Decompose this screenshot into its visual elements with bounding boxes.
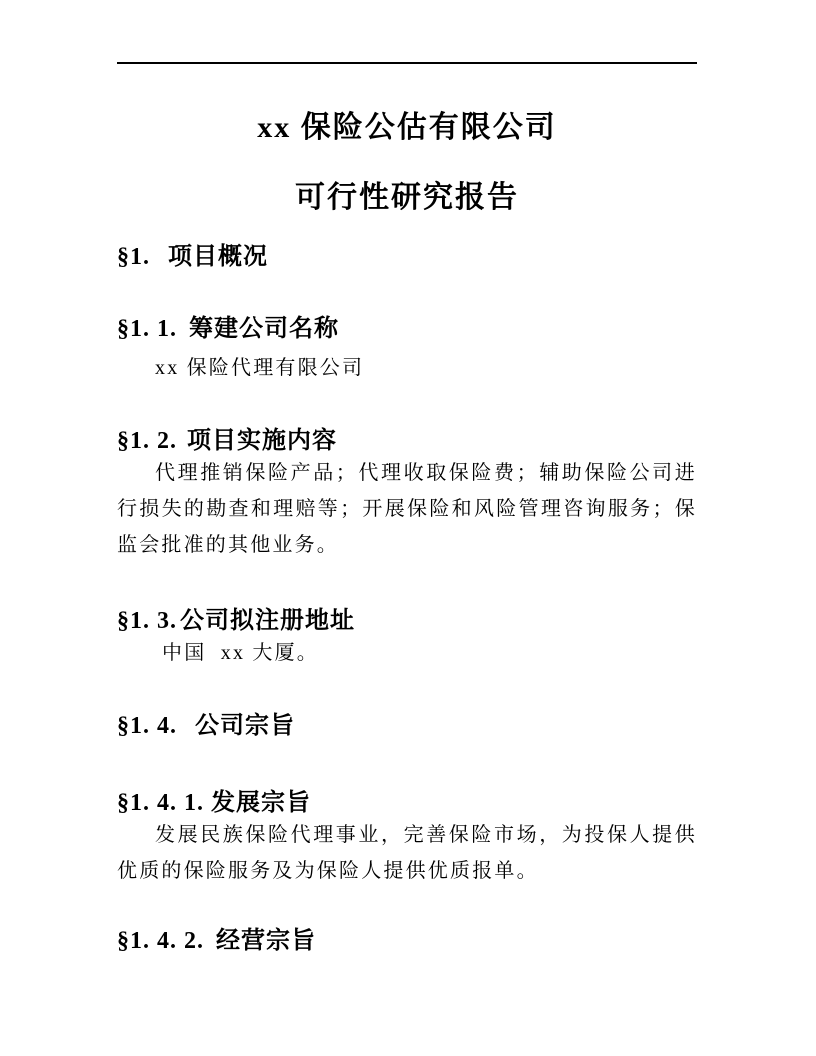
section-1-2-number: §1. 2. bbox=[117, 428, 177, 454]
report-subtitle: 可行性研究报告 bbox=[117, 178, 697, 218]
header-rule bbox=[117, 62, 697, 64]
section-1-4-1-title: 发展宗旨 bbox=[211, 790, 311, 816]
section-1-4-1-number: §1. 4. 1. bbox=[117, 790, 204, 816]
section-1-4-1-heading: §1. 4. 1.发展宗旨 bbox=[117, 787, 697, 819]
section-1-1-title: 筹建公司名称 bbox=[189, 316, 339, 342]
section-1-4-1-body: 发展民族保险代理事业，完善保险市场，为投保人提供优质的保险服务及为保险人提供优质… bbox=[117, 817, 697, 889]
section-1-number: §1. bbox=[117, 244, 150, 270]
section-1-1-heading: §1. 1.筹建公司名称 bbox=[117, 313, 697, 345]
section-1-2-heading: §1. 2.项目实施内容 bbox=[117, 425, 697, 457]
section-1-4-number: §1. 4. bbox=[117, 713, 177, 739]
document-page: xx 保险公估有限公司 可行性研究报告 §1.项目概况 §1. 1.筹建公司名称… bbox=[0, 0, 816, 1056]
section-1-3-body: 中国 xx 大厦。 bbox=[117, 637, 697, 669]
section-1-4-2-number: §1. 4. 2. bbox=[117, 928, 204, 954]
section-1-4-heading: §1. 4.公司宗旨 bbox=[117, 710, 697, 742]
section-1-3-heading: §1. 3.公司拟注册地址 bbox=[117, 605, 697, 637]
section-1-4-2-title: 经营宗旨 bbox=[216, 928, 316, 954]
section-1-3-number: §1. 3. bbox=[117, 608, 177, 634]
section-1-title: 项目概况 bbox=[168, 244, 268, 270]
document-title: xx 保险公估有限公司 bbox=[117, 108, 697, 148]
section-1-4-2-heading: §1. 4. 2.经营宗旨 bbox=[117, 925, 697, 957]
section-1-heading: §1.项目概况 bbox=[117, 241, 697, 273]
section-1-4-title: 公司宗旨 bbox=[195, 713, 295, 739]
section-1-1-body: xx 保险代理有限公司 bbox=[117, 352, 697, 384]
section-1-2-title: 项目实施内容 bbox=[187, 428, 337, 454]
section-1-2-body: 代理推销保险产品；代理收取保险费；辅助保险公司进行损失的勘查和理赔等；开展保险和… bbox=[117, 455, 697, 563]
section-1-3-title: 公司拟注册地址 bbox=[180, 608, 355, 634]
section-1-1-number: §1. 1. bbox=[117, 316, 177, 342]
